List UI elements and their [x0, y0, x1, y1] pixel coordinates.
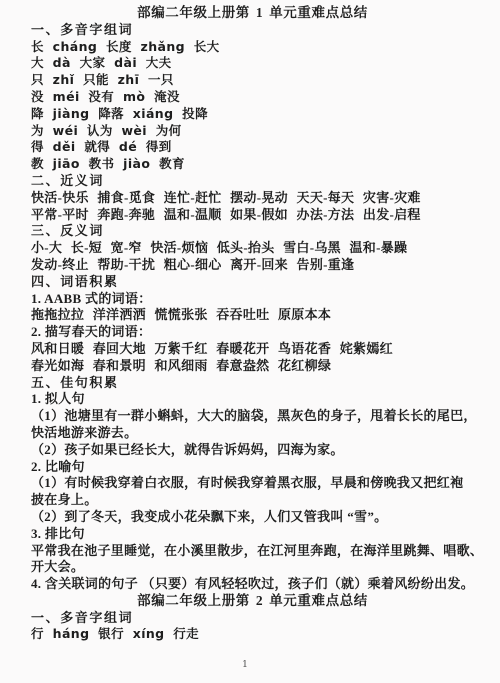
paibi-label: 3. 排比句 [31, 526, 474, 543]
antonym-row-2: 发动-终止 帮助-干扰 粗心-细心 离开-回来 告别-重逢 [31, 257, 474, 274]
document-page: 部编二年级上册第 1 单元重难点总结 一、多音字组词 长 cháng 长度 zh… [0, 0, 500, 683]
pinyin-row-da: 大 dà 大家 dài 大夫 [31, 55, 474, 72]
pinyin-row-wei: 为 wéi 认为 wèi 为何 [31, 123, 474, 140]
unit2-title: 部编二年级上册第 2 单元重难点总结 [31, 593, 474, 610]
biyu-sentence-1b: 披在身上。 [31, 492, 474, 509]
pinyin-row-hang: 行 háng 银行 xíng 行走 [31, 626, 474, 643]
biyu-label: 2. 比喻句 [31, 459, 474, 476]
aabb-label: 1. AABB 式的词语： [31, 291, 474, 308]
antonym-row-1: 小-大 长-短 宽-窄 快活-烦恼 低头-抬头 雪白-乌黑 温和-暴躁 [31, 240, 474, 257]
pinyin-row-dei: 得 děi 就得 dé 得到 [31, 139, 474, 156]
unit1-title: 部编二年级上册第 1 单元重难点总结 [31, 5, 474, 22]
synonym-row-1: 快活-快乐 捕食-觅食 连忙-赶忙 摆动-晃动 天天-每天 灾害-灾难 [31, 190, 474, 207]
paibi-sentence-a: 平常我在池子里睡觉，在小溪里散步，在江河里奔跑，在海洋里跳舞、唱歌、 [31, 543, 474, 560]
niren-sentence-2: （2）孩子如果已经长大，就得告诉妈妈，四海为家。 [31, 442, 474, 459]
guanlian-sentence: 4. 含关联词的句子 （只要）有风轻轻吹过，孩子们（就）乘着风纷纷出发。 [31, 576, 474, 593]
unit2-heading-duoyinzi: 一、多音字组词 [31, 610, 474, 627]
unit1-heading-jiaju: 五、佳句积累 [31, 375, 474, 392]
unit1-heading-fanyici: 三、反义词 [31, 223, 474, 240]
paibi-sentence-b: 开大会。 [31, 559, 474, 576]
pinyin-row-jiang: 降 jiàng 降落 xiáng 投降 [31, 106, 474, 123]
biyu-sentence-2: （2）到了冬天，我变成小花朵飘下来，人们又管我叫 “雪”。 [31, 509, 474, 526]
niren-sentence-1a: （1）池塘里有一群小蝌蚪，大大的脑袋，黑灰色的身子，甩着长长的尾巴， [31, 408, 474, 425]
pinyin-row-mei: 没 méi 没有 mò 淹没 [31, 89, 474, 106]
spring-words-row-1: 风和日暖 春回大地 万紫千红 春暖花开 鸟语花香 姹紫嫣红 [31, 341, 474, 358]
niren-label: 1. 拟人句 [31, 391, 474, 408]
pinyin-row-jiao: 教 jiāo 教书 jiào 教育 [31, 156, 474, 173]
unit1-heading-jinyici: 二、近义词 [31, 173, 474, 190]
unit1-heading-ciyu: 四、词语积累 [31, 274, 474, 291]
aabb-words-row: 拖拖拉拉 洋洋洒洒 慌慌张张 吞吞吐吐 原原本本 [31, 307, 474, 324]
biyu-sentence-1a: （1）有时候我穿着白衣服，有时候我穿着黑衣服，早晨和傍晚我又把红袍 [31, 475, 474, 492]
spring-label: 2. 描写春天的词语： [31, 324, 474, 341]
page-number: 1 [0, 660, 490, 670]
pinyin-row-zhi: 只 zhǐ 只能 zhī 一只 [31, 72, 474, 89]
unit1-heading-duoyinzi: 一、多音字组词 [31, 22, 474, 39]
synonym-row-2: 平常-平时 奔跑-奔驰 温和-温顺 如果-假如 办法-方法 出发-启程 [31, 207, 474, 224]
spring-words-row-2: 春光如海 春和景明 和风细雨 春意盎然 花红柳绿 [31, 358, 474, 375]
pinyin-row-chang: 长 cháng 长度 zhǎng 长大 [31, 39, 474, 56]
niren-sentence-1b: 快活地游来游去。 [31, 425, 474, 442]
